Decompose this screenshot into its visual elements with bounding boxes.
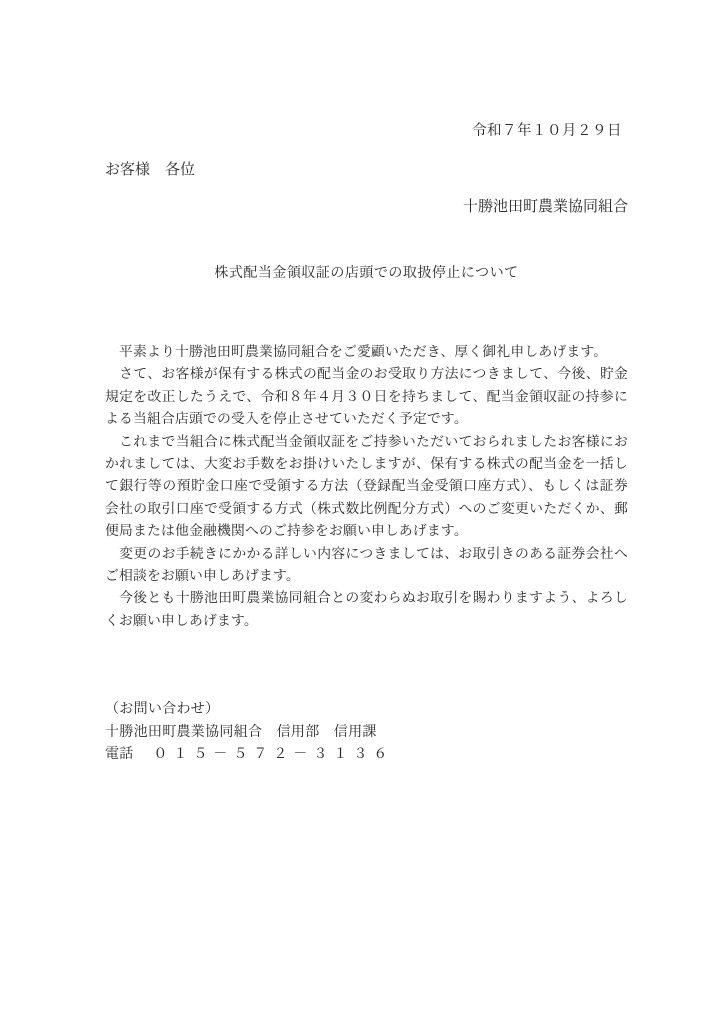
- contact-organization: 十勝池田町農業協同組合 信用部 信用課: [105, 722, 628, 744]
- document-content: 令和７年１０月２９日 お客様 各位 十勝池田町農業協同組合 株式配当金領収証の店…: [0, 0, 724, 767]
- paragraph-notice: さて、お客様が保有する株式の配当金のお受取り方法につきまして、今後、貯金規定を改…: [105, 363, 628, 430]
- paragraph-instructions: これまで当組合に株式配当金領収証をご持参いただいておられましたお客様におかれまし…: [105, 431, 628, 543]
- document-page: 令和７年１０月２９日 お客様 各位 十勝池田町農業協同組合 株式配当金領収証の店…: [0, 0, 724, 1024]
- paragraph-greeting: 平素より十勝池田町農業協同組合をご愛顧いただき、厚く御礼申しあげます。: [105, 341, 628, 363]
- paragraph-closing: 今後とも十勝池田町農業協同組合との変わらぬお取引を賜わりますよう、よろしくお願い…: [105, 587, 628, 632]
- contact-block: （お問い合わせ） 十勝池田町農業協同組合 信用部 信用課 電話 ０１５－５７２－…: [105, 699, 628, 766]
- recipient-line: お客様 各位: [105, 161, 628, 179]
- contact-heading: （お問い合わせ）: [105, 699, 628, 721]
- contact-phone-number: ０１５－５７２－３１３６: [153, 747, 393, 762]
- document-title: 株式配当金領収証の店頭での取扱停止について: [105, 265, 628, 283]
- document-date: 令和７年１０月２９日: [105, 122, 628, 140]
- contact-phone-label: 電話: [105, 747, 134, 762]
- document-body: 平素より十勝池田町農業協同組合をご愛顧いただき、厚く御礼申しあげます。 さて、お…: [105, 341, 628, 632]
- sender-line: 十勝池田町農業協同組合: [105, 198, 628, 216]
- paragraph-consultation: 変更のお手続きにかかる詳しい内容につきましては、お取引きのある証券会社へご相談を…: [105, 543, 628, 588]
- contact-phone-line: 電話 ０１５－５７２－３１３６: [105, 744, 628, 766]
